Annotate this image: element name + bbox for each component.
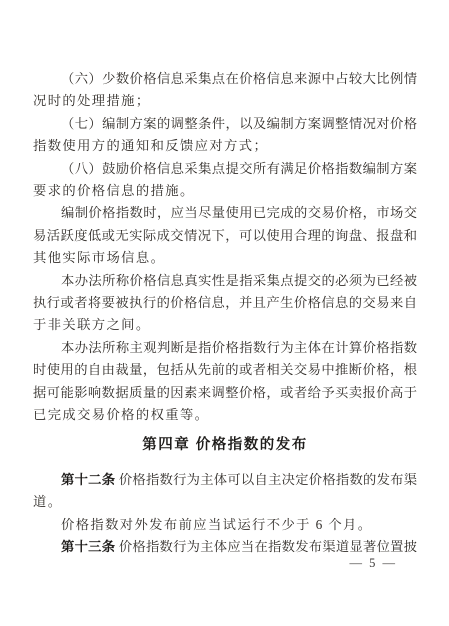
text-segment: 道。: [33, 494, 62, 509]
text-segment: 要求的价格信息的措施。: [33, 183, 195, 198]
document-page: （六）少数价格信息采集点在价格信息来源中占较大比例情况时的处理措施；（七）编制方…: [0, 0, 449, 626]
text-segment: （八）鼓励价格信息采集点提交所有满足价格指数编制方案: [61, 161, 417, 176]
text-line: 编制价格指数时，应当尽量使用已完成的交易价格，市场交: [33, 202, 417, 224]
text-line: 要求的价格信息的措施。: [33, 180, 417, 202]
text-line: 已完成交易价格的权重等。: [33, 404, 417, 426]
text-segment: 时使用的自由裁量，包括从先前的或者相关交易中推断价格，根: [33, 362, 417, 377]
text-segment: 价格指数行为主体应当在指数发布渠道显著位置披: [115, 539, 417, 554]
text-segment: 执行或者将要被执行的价格信息，并且产生价格信息的交易来自: [33, 295, 417, 310]
document-body: （六）少数价格信息采集点在价格信息来源中占较大比例情况时的处理措施；（七）编制方…: [33, 68, 417, 559]
text-line: （六）少数价格信息采集点在价格信息来源中占较大比例情: [33, 68, 417, 90]
text-segment: 本办法所称主观判断是指价格指数行为主体在计算价格指数: [61, 340, 417, 355]
text-segment: （七）编制方案的调整条件，以及编制方案调整情况对价格: [61, 116, 417, 131]
text-line: （八）鼓励价格信息采集点提交所有满足价格指数编制方案: [33, 158, 417, 180]
text-line: 况时的处理措施；: [33, 90, 417, 112]
chapter-heading: 第四章 价格指数的发布: [33, 434, 417, 456]
text-line: 本办法所称价格信息真实性是指采集点提交的必须为已经被: [33, 270, 417, 292]
text-segment: 据可能影响数据质量的因素来调整价格，或者给予买卖报价高于: [33, 385, 417, 400]
bold-term: 第十二条: [61, 472, 115, 487]
text-line: 本办法所称主观判断是指价格指数行为主体在计算价格指数: [33, 337, 417, 359]
text-line: 据可能影响数据质量的因素来调整价格，或者给予买卖报价高于: [33, 382, 417, 404]
text-line: （七）编制方案的调整条件，以及编制方案调整情况对价格: [33, 113, 417, 135]
text-segment: 况时的处理措施；: [33, 93, 151, 108]
page-number: — 5 —: [350, 556, 398, 571]
text-line: 易活跃度低或无实际成交情况下，可以使用合理的询盘、报盘和: [33, 225, 417, 247]
text-segment: 易活跃度低或无实际成交情况下，可以使用合理的询盘、报盘和: [33, 228, 417, 243]
text-line: 其他实际市场信息。: [33, 247, 417, 269]
text-line: 第十二条 价格指数行为主体可以自主决定价格指数的发布渠: [33, 469, 417, 491]
text-line: 价格指数对外发布前应当试运行不少于 6 个月。: [33, 514, 417, 536]
text-segment: 其他实际市场信息。: [33, 250, 165, 265]
text-line: 于非关联方之间。: [33, 314, 417, 336]
text-segment: 本办法所称价格信息真实性是指采集点提交的必须为已经被: [61, 273, 417, 288]
text-line: 指数使用方的通知和反馈应对方式；: [33, 135, 417, 157]
text-segment: 指数使用方的通知和反馈应对方式；: [33, 138, 268, 153]
text-segment: 价格指数对外发布前应当试运行不少于 6 个月。: [61, 517, 372, 532]
text-line: 时使用的自由裁量，包括从先前的或者相关交易中推断价格，根: [33, 359, 417, 381]
text-segment: 已完成交易价格的权重等。: [33, 407, 209, 422]
text-line: 执行或者将要被执行的价格信息，并且产生价格信息的交易来自: [33, 292, 417, 314]
text-segment: （六）少数价格信息采集点在价格信息来源中占较大比例情: [61, 71, 417, 86]
text-segment: 于非关联方之间。: [33, 317, 151, 332]
text-line: 道。: [33, 491, 417, 513]
bold-term: 第四章 价格指数的发布: [142, 437, 308, 453]
bold-term: 第十三条: [61, 539, 115, 554]
text-segment: 编制价格指数时，应当尽量使用已完成的交易价格，市场交: [61, 205, 417, 220]
text-segment: 价格指数行为主体可以自主决定价格指数的发布渠: [115, 472, 417, 487]
